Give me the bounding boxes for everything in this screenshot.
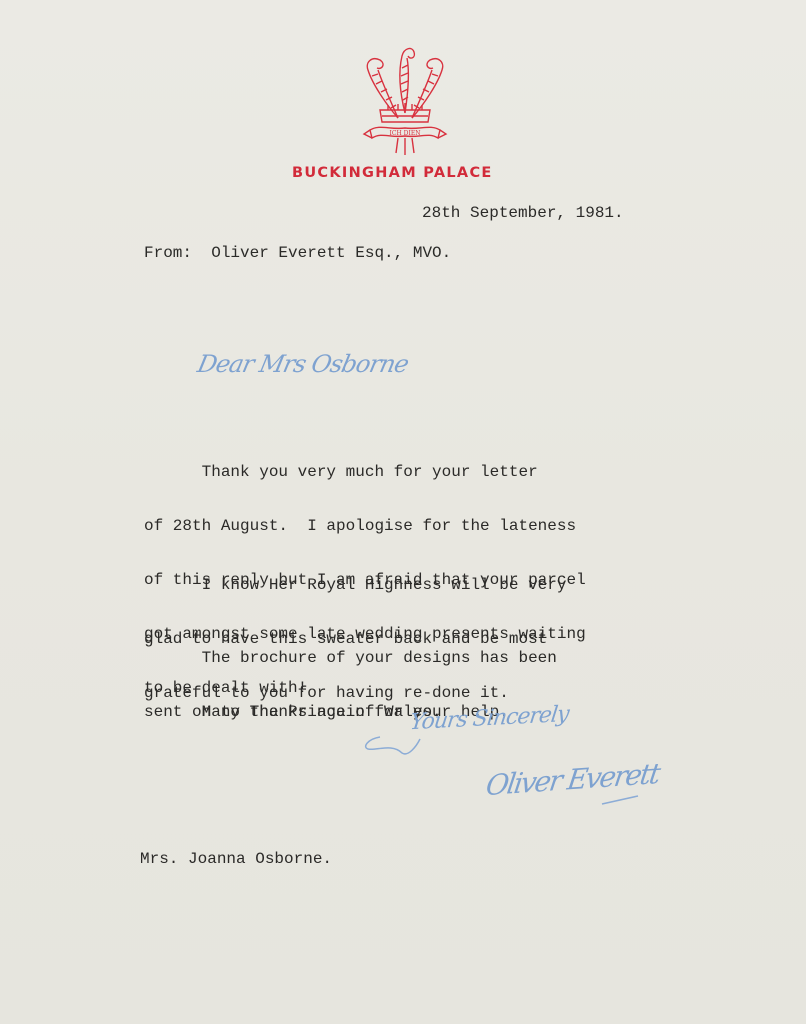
letter-date: 28th September, 1981. [422, 204, 624, 222]
letter-paper: ICH DIEN BUCKINGHAM PALACE 28th Septembe… [0, 0, 806, 1024]
body-line: of 28th August. I apologise for the late… [144, 517, 586, 535]
body-line: The brochure of your designs has been [144, 649, 557, 667]
handwritten-salutation: Dear Mrs Osborne [195, 350, 411, 378]
signature-underline-icon [600, 792, 640, 806]
body-line: I know Her Royal Highness will be very [144, 576, 566, 594]
crest-motto: ICH DIEN [390, 130, 421, 137]
body-line: Thank you very much for your letter [144, 463, 586, 481]
from-line: From: Oliver Everett Esq., MVO. [144, 244, 451, 262]
letterhead-title: BUCKINGHAM PALACE [292, 165, 493, 181]
prince-of-wales-feathers-icon: ICH DIEN [350, 38, 460, 158]
pen-swoosh-icon [362, 733, 422, 758]
addressee: Mrs. Joanna Osborne. [140, 850, 332, 868]
